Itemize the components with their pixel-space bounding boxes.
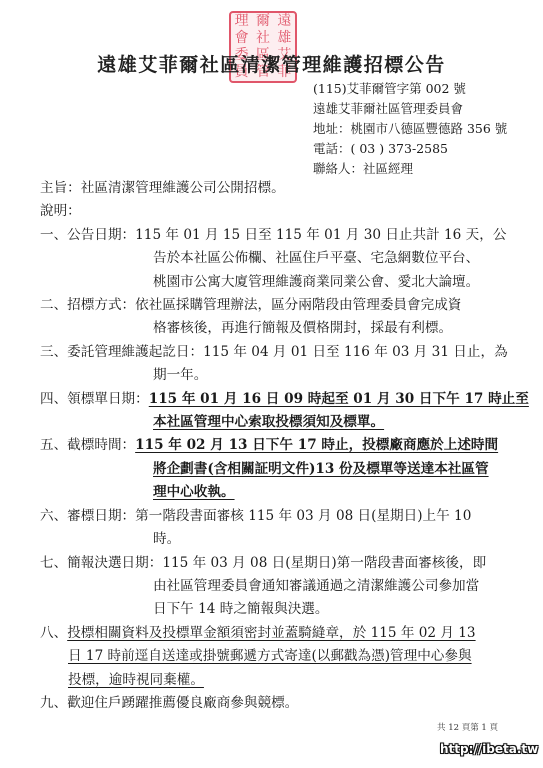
item-text: 115 年 01 月 15 日至 115 年 01 月 30 日止共計 16 天…: [135, 227, 506, 243]
item-text: 歡迎住戶踴躍推薦優良廠商參與競標。: [67, 695, 298, 711]
explanation-label: 說明：: [40, 200, 510, 223]
item-contract-period: 三、委託管理維護起訖日：115 年 04 月 01 日至 116 年 03 月 …: [40, 341, 510, 388]
item-text: 格審核後，再進行簡報及價格開封，採最有利標。: [40, 317, 510, 340]
item-label: 五、截標時間：: [40, 437, 135, 453]
item-sealed-submission: 八、投標相關資料及投標單金額須密封並蓋騎縫章，於 115 年 02 月 13 日…: [40, 622, 510, 692]
document-title: 遠雄艾菲爾社區清潔管理維護招標公告: [0, 50, 543, 77]
issuing-organization: 遠雄艾菲爾社區管理委員會: [313, 99, 507, 119]
item-text: 115 年 03 月 08 日(星期日)第一階段書面審核後，即: [162, 555, 486, 571]
item-text: 115 年 02 月 13 日下午 17 時止，投標廠商應於上述時間: [135, 437, 498, 453]
seal-char: 理: [231, 13, 252, 30]
watermark: http://ibeta.tw: [440, 742, 538, 756]
item-text: 依社區採購管理辦法，區分兩階段由管理委員會完成資: [135, 297, 461, 313]
item-text: 將企劃書(含相關証明文件)13 份及標單等送達本社區管: [153, 461, 489, 477]
item-text: 115 年 01 月 16 日 09 時起至 01 月 30 日下午 17 時止…: [149, 391, 529, 407]
item-text: 115 年 04 月 01 日至 116 年 03 月 31 日止，為: [203, 344, 508, 360]
item-text: 理中心收執。: [153, 484, 235, 500]
item-label: 八、: [40, 625, 67, 641]
item-announcement-date: 一、公告日期：115 年 01 月 15 日至 115 年 01 月 30 日止…: [40, 224, 510, 294]
item-text: 第一階段書面審核 115 年 03 月 08 日(星期日)上午 10: [135, 508, 471, 524]
item-text: 時。: [40, 528, 510, 551]
seal-char: 社: [252, 30, 273, 47]
item-presentation-date: 七、簡報決選日期：115 年 03 月 08 日(星期日)第一階段書面審核後，即…: [40, 552, 510, 622]
item-text: 日下午 14 時之簡報與決選。: [40, 598, 510, 621]
document-meta: (115)艾菲爾管字第 002 號 遠雄艾菲爾社區管理委員會 地址：桃園市八德區…: [313, 79, 507, 179]
item-label: 三、委託管理維護起訖日：: [40, 344, 203, 360]
item-label: 九、: [40, 695, 67, 711]
reference-number: (115)艾菲爾管字第 002 號: [313, 79, 507, 99]
item-tender-deadline: 五、截標時間：115 年 02 月 13 日下午 17 時止，投標廠商應於上述時…: [40, 434, 510, 504]
page-number: 共 12 頁第 1 頁: [437, 721, 498, 733]
item-welcome-recommendation: 九、歡迎住戶踴躍推薦優良廠商參與競標。: [40, 692, 510, 715]
seal-char: 雄: [274, 30, 295, 47]
item-text: 桃園市公寓大廈管理維護商業同業公會、愛北大論壇。: [40, 271, 510, 294]
item-tender-method: 二、招標方式：依社區採購管理辦法，區分兩階段由管理委員會完成資 格審核後，再進行…: [40, 294, 510, 341]
item-label: 六、審標日期：: [40, 508, 135, 524]
contact-person: 聯絡人：社區經理: [313, 159, 507, 179]
subject: 主旨：社區清潔管理維護公司公開招標。: [40, 177, 510, 200]
item-text: 期一年。: [40, 364, 510, 387]
item-label: 七、簡報決選日期：: [40, 555, 162, 571]
item-text: 由社區管理委員會通知審議通過之清潔維護公司參加當: [40, 575, 510, 598]
item-text: 日 17 時前逕自送達或掛號郵遞方式寄達(以郵戳為憑)管理中心參與: [68, 648, 472, 664]
item-label: 二、招標方式：: [40, 297, 135, 313]
item-text: 本社區管理中心索取投標須知及標單。: [153, 414, 384, 430]
item-label: 四、領標單日期：: [40, 391, 149, 407]
phone: 電話：( 03 ) 373-2585: [313, 139, 507, 159]
item-review-date: 六、審標日期：第一階段書面審核 115 年 03 月 08 日(星期日)上午 1…: [40, 505, 510, 552]
item-label: 一、公告日期：: [40, 227, 135, 243]
item-text: 投標相關資料及投標單金額須密封並蓋騎縫章，於 115 年 02 月 13: [67, 625, 475, 641]
seal-char: 爾: [252, 13, 273, 30]
item-text: 告於本社區公佈欄、社區住戶平臺、宅急網數位平台、: [40, 247, 510, 270]
seal-char: 會: [231, 30, 252, 47]
document-body: 主旨：社區清潔管理維護公司公開招標。 說明： 一、公告日期：115 年 01 月…: [40, 177, 510, 715]
item-tender-pickup-date: 四、領標單日期：115 年 01 月 16 日 09 時起至 01 月 30 日…: [40, 388, 510, 435]
address: 地址：桃園市八德區豐德路 356 號: [313, 119, 507, 139]
seal-char: 遠: [274, 13, 295, 30]
item-text: 投標，逾時視同棄權。: [68, 672, 204, 688]
announcement-page: 理 爾 遠 會 社 雄 委 區 艾 員 管 菲 遠雄艾菲爾社區清潔管理維護招標公…: [0, 0, 543, 768]
